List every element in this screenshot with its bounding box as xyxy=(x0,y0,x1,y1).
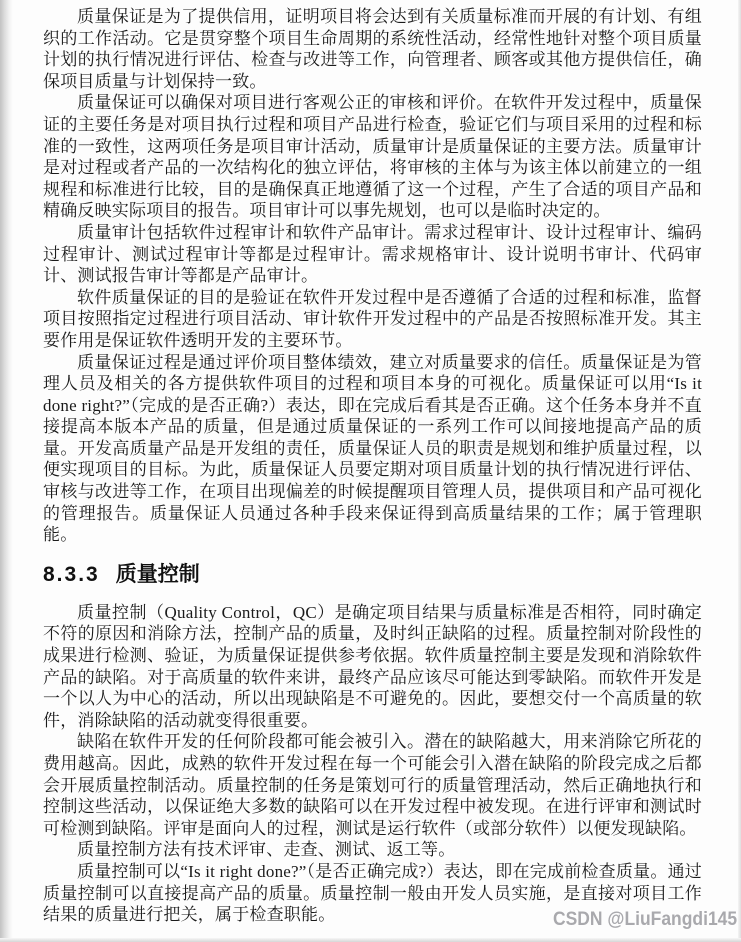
paragraph-qa-process: 质量保证过程是通过评价项目整体绩效，建立对质量要求的信任。质量保证是为管理人员及… xyxy=(43,352,702,546)
section-number: 8.3.3 xyxy=(43,563,100,586)
paragraph-qc-defects: 缺陷在软件开发的任何阶段都可能会被引入。潜在的缺陷越大，用来消除它所花的费用越高… xyxy=(43,731,702,839)
section-heading: 8.3.3质量控制 xyxy=(43,562,702,588)
scan-bottom-edge xyxy=(0,938,741,942)
watermark-text: CSDN @LiuFangdi145 xyxy=(553,909,737,931)
paragraph-qc-definition: 质量控制（Quality Control，QC）是确定项目结果与质量标准是否相符… xyxy=(43,602,702,732)
paragraph-qa-audit-types: 质量审计包括软件过程审计和软件产品审计。需求过程审计、设计过程审计、编码过程审计… xyxy=(43,222,702,287)
paragraph-qa-audit-tasks: 质量保证可以确保对项目进行客观公正的审核和评价。在软件开发过程中，质量保证的主要… xyxy=(43,92,702,222)
paragraph-qa-intro: 质量保证是为了提供信用，证明项目将会达到有关质量标准而开展的有计划、有组织的工作… xyxy=(43,6,702,92)
document-page: 质量保证是为了提供信用，证明项目将会达到有关质量标准而开展的有计划、有组织的工作… xyxy=(43,6,702,926)
section-title: 质量控制 xyxy=(116,563,200,586)
paragraph-qa-purpose: 软件质量保证的目的是验证在软件开发过程中是否遵循了合适的过程和标准，监督项目按照… xyxy=(43,287,702,352)
scan-gutter-shadow xyxy=(0,0,13,942)
paragraph-qc-methods: 质量控制方法有技术评审、走查、测试、返工等。 xyxy=(43,839,702,861)
